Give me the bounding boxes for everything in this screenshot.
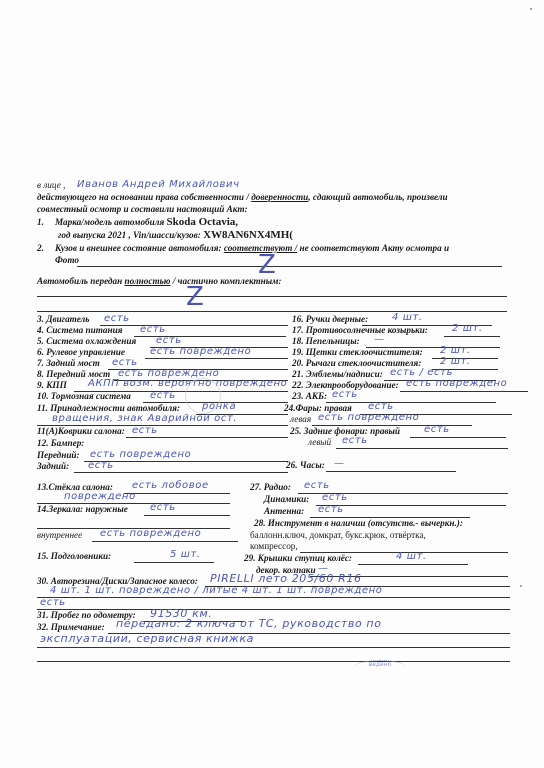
item-door-handles-label: 16. Ручки дверные: bbox=[292, 314, 368, 325]
radio-label: 27. Радио: bbox=[250, 482, 291, 493]
item-rear-axle-value: есть bbox=[112, 357, 138, 368]
field-line bbox=[124, 493, 230, 494]
photo-mark: Z bbox=[258, 252, 276, 278]
field-line bbox=[134, 562, 214, 563]
field-line bbox=[37, 597, 510, 598]
completeness-line-1 bbox=[37, 296, 507, 297]
field-line bbox=[144, 515, 230, 516]
photo-label: Фото bbox=[55, 255, 79, 266]
field-line bbox=[84, 461, 288, 462]
item-sun-visors-label: 17. Противосолнечные козырьки: bbox=[292, 325, 428, 336]
stamp-fragment: ведено bbox=[355, 660, 405, 673]
item-mirrors-inner-value: есть повреждено bbox=[100, 528, 201, 539]
item-wiper-blades-value: 2 шт. bbox=[440, 345, 471, 356]
speakers-label: Динамики: bbox=[264, 494, 309, 505]
antenna-value: есть bbox=[318, 504, 344, 515]
watermark-seal bbox=[185, 378, 221, 414]
item-wiper-arms-value: 2 шт. bbox=[440, 356, 471, 367]
item-mirrors-inner-label: внутреннее bbox=[37, 530, 82, 541]
item-engine-value: есть bbox=[104, 313, 130, 324]
item2-label: Кузов и внешнее состояние автомобиля: со… bbox=[55, 243, 449, 254]
item-taillights-left-label: левый bbox=[308, 437, 331, 448]
field-line bbox=[316, 505, 506, 506]
tires-value-3: есть bbox=[40, 597, 66, 608]
scan-speck bbox=[520, 585, 522, 587]
item-accessories-value-2: вращения, знак Аварийной ост. bbox=[52, 413, 237, 424]
completeness-line-2 bbox=[37, 311, 507, 312]
item-battery-label: 23. АКБ: bbox=[292, 391, 327, 402]
item-mats-label: 11(А)Коврики салона: bbox=[37, 426, 125, 437]
item-glass-value: есть лобовое bbox=[132, 480, 209, 491]
field-line bbox=[92, 541, 238, 542]
item2-number: 2. bbox=[37, 243, 44, 254]
item-bumper-front-value: есть повреждено bbox=[90, 449, 191, 460]
field-line bbox=[100, 325, 288, 326]
item-rear-axle-label: 7. Задний мост bbox=[37, 358, 100, 369]
item1-number: 1. bbox=[37, 217, 44, 228]
radio-value: есть bbox=[304, 480, 330, 491]
field-line bbox=[145, 358, 288, 359]
tires-value-2: 4 шт. 1 шт. повреждено / литые 4 шт. 1 ш… bbox=[50, 585, 383, 596]
item-sun-visors-value: 2 шт. bbox=[452, 323, 483, 334]
completeness-mark: Z bbox=[186, 284, 204, 310]
field-line bbox=[410, 437, 506, 438]
note-value-1: передано: 2 ключа от ТС, руководство по bbox=[116, 618, 382, 629]
in-person-value: Иванов Андрей Михайлович bbox=[77, 179, 240, 190]
joint-inspection-text: совместный осмотр и составили настоящий … bbox=[37, 204, 248, 215]
item-cooling-value: есть bbox=[156, 335, 182, 346]
field-line bbox=[336, 448, 508, 449]
item-fuel-label: 4. Система питания bbox=[37, 325, 122, 336]
item-ashtrays-value: — bbox=[374, 334, 385, 345]
field-line bbox=[37, 661, 510, 662]
item-engine-label: 3. Двигатель bbox=[37, 314, 89, 325]
photo-line bbox=[77, 266, 502, 267]
completeness-label: Автомобиль передан полностью / частично … bbox=[37, 276, 281, 287]
item-door-handles-value: 4 шт. bbox=[392, 312, 423, 323]
item-mirrors-outer-label: 14.Зеркала: наружные bbox=[37, 504, 128, 515]
hubcaps-label: 29. Крышки ступиц колёс: bbox=[244, 553, 352, 564]
item-battery-value: есть bbox=[332, 389, 358, 400]
item-fuel-value: есть bbox=[140, 324, 166, 335]
acting-text: действующего на основании права собствен… bbox=[37, 192, 448, 203]
field-line bbox=[326, 471, 456, 472]
field-line bbox=[358, 564, 468, 565]
item-brakes-value: есть bbox=[150, 390, 176, 401]
item1-year-vin: год выпуска 2021 , Vin/шасси/кузов: XW8A… bbox=[58, 230, 293, 241]
item-headrests-label: 15. Подголовники: bbox=[37, 551, 111, 562]
item-cooling-label: 5. Система охлаждения bbox=[37, 336, 136, 347]
field-line bbox=[400, 391, 528, 392]
field-line bbox=[74, 472, 288, 473]
item-emblems-label: 21. Эмблемы/надписи: bbox=[292, 369, 383, 380]
item-taillights-right-value: есть bbox=[424, 424, 450, 435]
note-value-2: эксплуатации, сервисная книжка bbox=[40, 633, 254, 644]
hubcaps-value: 4 шт. bbox=[396, 551, 427, 562]
tools-list-1: баллонн.ключ, домкрат, букс.крюк, отвёрт… bbox=[250, 530, 426, 541]
item-clock-label: 26. Часы: bbox=[286, 460, 325, 471]
item-clock-value: — bbox=[334, 458, 345, 469]
item-electrical-value: есть повреждено bbox=[406, 378, 507, 389]
tires-value-1: PIRELLI лето 205/60 R16 bbox=[210, 573, 362, 584]
field-line bbox=[444, 336, 500, 337]
item-headrests-value: 5 шт. bbox=[170, 549, 201, 560]
item-headlights-right-value: есть bbox=[368, 401, 394, 412]
item-headlights-left-label: левая bbox=[290, 414, 311, 425]
item-bumper-rear-label: Задний: bbox=[37, 461, 69, 472]
scan-speck bbox=[530, 8, 532, 10]
item-bumper-rear-value: есть bbox=[88, 460, 114, 471]
item-steering-value: есть повреждено bbox=[150, 346, 251, 357]
item-headlights-left-value: есть повреждено bbox=[318, 412, 419, 423]
speakers-value: есть bbox=[322, 492, 348, 503]
item-taillights-left-value: есть bbox=[342, 435, 368, 446]
field-line bbox=[37, 647, 510, 648]
inspection-act-page: в лице , Иванов Андрей Михайлович действ… bbox=[0, 0, 544, 768]
item1-label: Марка/модель автомобиля Skoda Octavia, bbox=[55, 217, 238, 228]
item-bumper-front-label: Передний: bbox=[37, 450, 80, 461]
item-brakes-label: 10. Тормозная система bbox=[37, 391, 131, 402]
field-line bbox=[126, 437, 288, 438]
tools-list-2: компрессор, bbox=[250, 541, 298, 552]
item-wiper-blades-label: 19. Щетки стеклоочистителя: bbox=[292, 347, 423, 358]
in-person-label: в лице , bbox=[37, 180, 65, 191]
item-gearbox-label: 9. КПП bbox=[37, 380, 67, 391]
antenna-label: Антенна: bbox=[264, 506, 304, 517]
item-bumper-label: 12. Бампер: bbox=[37, 438, 84, 449]
item-glass-value-2: повреждено bbox=[64, 491, 136, 502]
tools-label: 28. Инструмент в наличии (отсутств.- выч… bbox=[254, 518, 463, 529]
item-ashtrays-label: 18. Пепельницы: bbox=[292, 336, 360, 347]
item-mats-value: есть bbox=[132, 425, 158, 436]
item-emblems-value: есть / есть bbox=[390, 367, 453, 378]
item-mirrors-outer-value: есть bbox=[150, 502, 176, 513]
